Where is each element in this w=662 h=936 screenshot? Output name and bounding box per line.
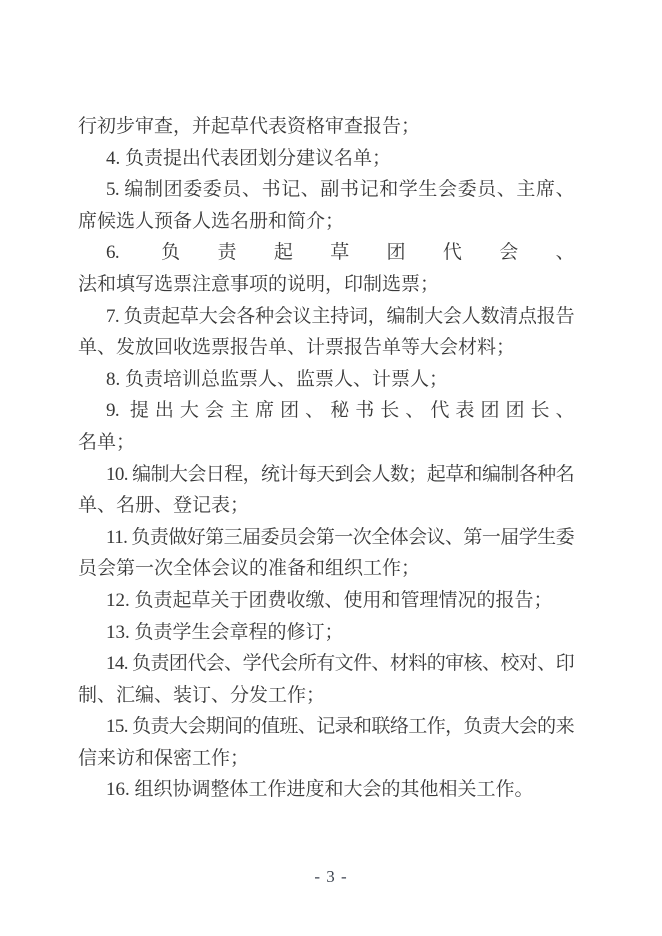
text-line: 6. 负责起草团代会、学代会和委员会第一次全体会议选举办 (78, 237, 574, 269)
text-line: 单、名册、登记表； (78, 490, 574, 522)
text-line: 9. 提出大会主席团、秘书长、代表团团长、大会主持人建议 (78, 395, 574, 427)
text-line: 14. 负责团代会、学代会所有文件、材料的审核、校对、印 (78, 648, 574, 680)
page-number: - 3 - (0, 866, 662, 888)
text-line: 7. 负责起草大会各种会议主持词，编制大会人数清点报告 (78, 301, 574, 333)
text-line: 5. 编制团委委员、书记、副书记和学生会委员、主席、副主 (78, 174, 574, 206)
document-page: 行初步审查，并起草代表资格审查报告；4. 负责提出代表团划分建议名单；5. 编制… (0, 0, 662, 936)
text-line: 8. 负责培训总监票人、监票人、计票人； (78, 364, 574, 396)
text-line: 15. 负责大会期间的值班、记录和联络工作，负责大会的来 (78, 711, 574, 743)
text-line: 12. 负责起草关于团费收缴、使用和管理情况的报告； (78, 585, 574, 617)
text-line: 11. 负责做好第三届委员会第一次全体会议、第一届学生委 (78, 522, 574, 554)
text-line: 名单； (78, 427, 574, 459)
text-line: 10. 编制大会日程，统计每天到会人数；起草和编制各种名 (78, 459, 574, 491)
text-line: 员会第一次全体会议的准备和组织工作； (78, 553, 574, 585)
text-line: 4. 负责提出代表团划分建议名单； (78, 143, 574, 175)
text-line: 行初步审查，并起草代表资格审查报告； (78, 111, 574, 143)
text-line: 16. 组织协调整体工作进度和大会的其他相关工作。 (78, 774, 574, 806)
text-line: 制、汇编、装订、分发工作； (78, 680, 574, 712)
text-line: 法和填写选票注意事项的说明，印制选票； (78, 269, 574, 301)
text-line: 13. 负责学生会章程的修订； (78, 617, 574, 649)
text-line: 席候选人预备人选名册和简介； (78, 206, 574, 238)
text-line: 单、发放回收选票报告单、计票报告单等大会材料； (78, 332, 574, 364)
document-body: 行初步审查，并起草代表资格审查报告；4. 负责提出代表团划分建议名单；5. 编制… (78, 111, 574, 806)
text-line: 信来访和保密工作； (78, 743, 574, 775)
